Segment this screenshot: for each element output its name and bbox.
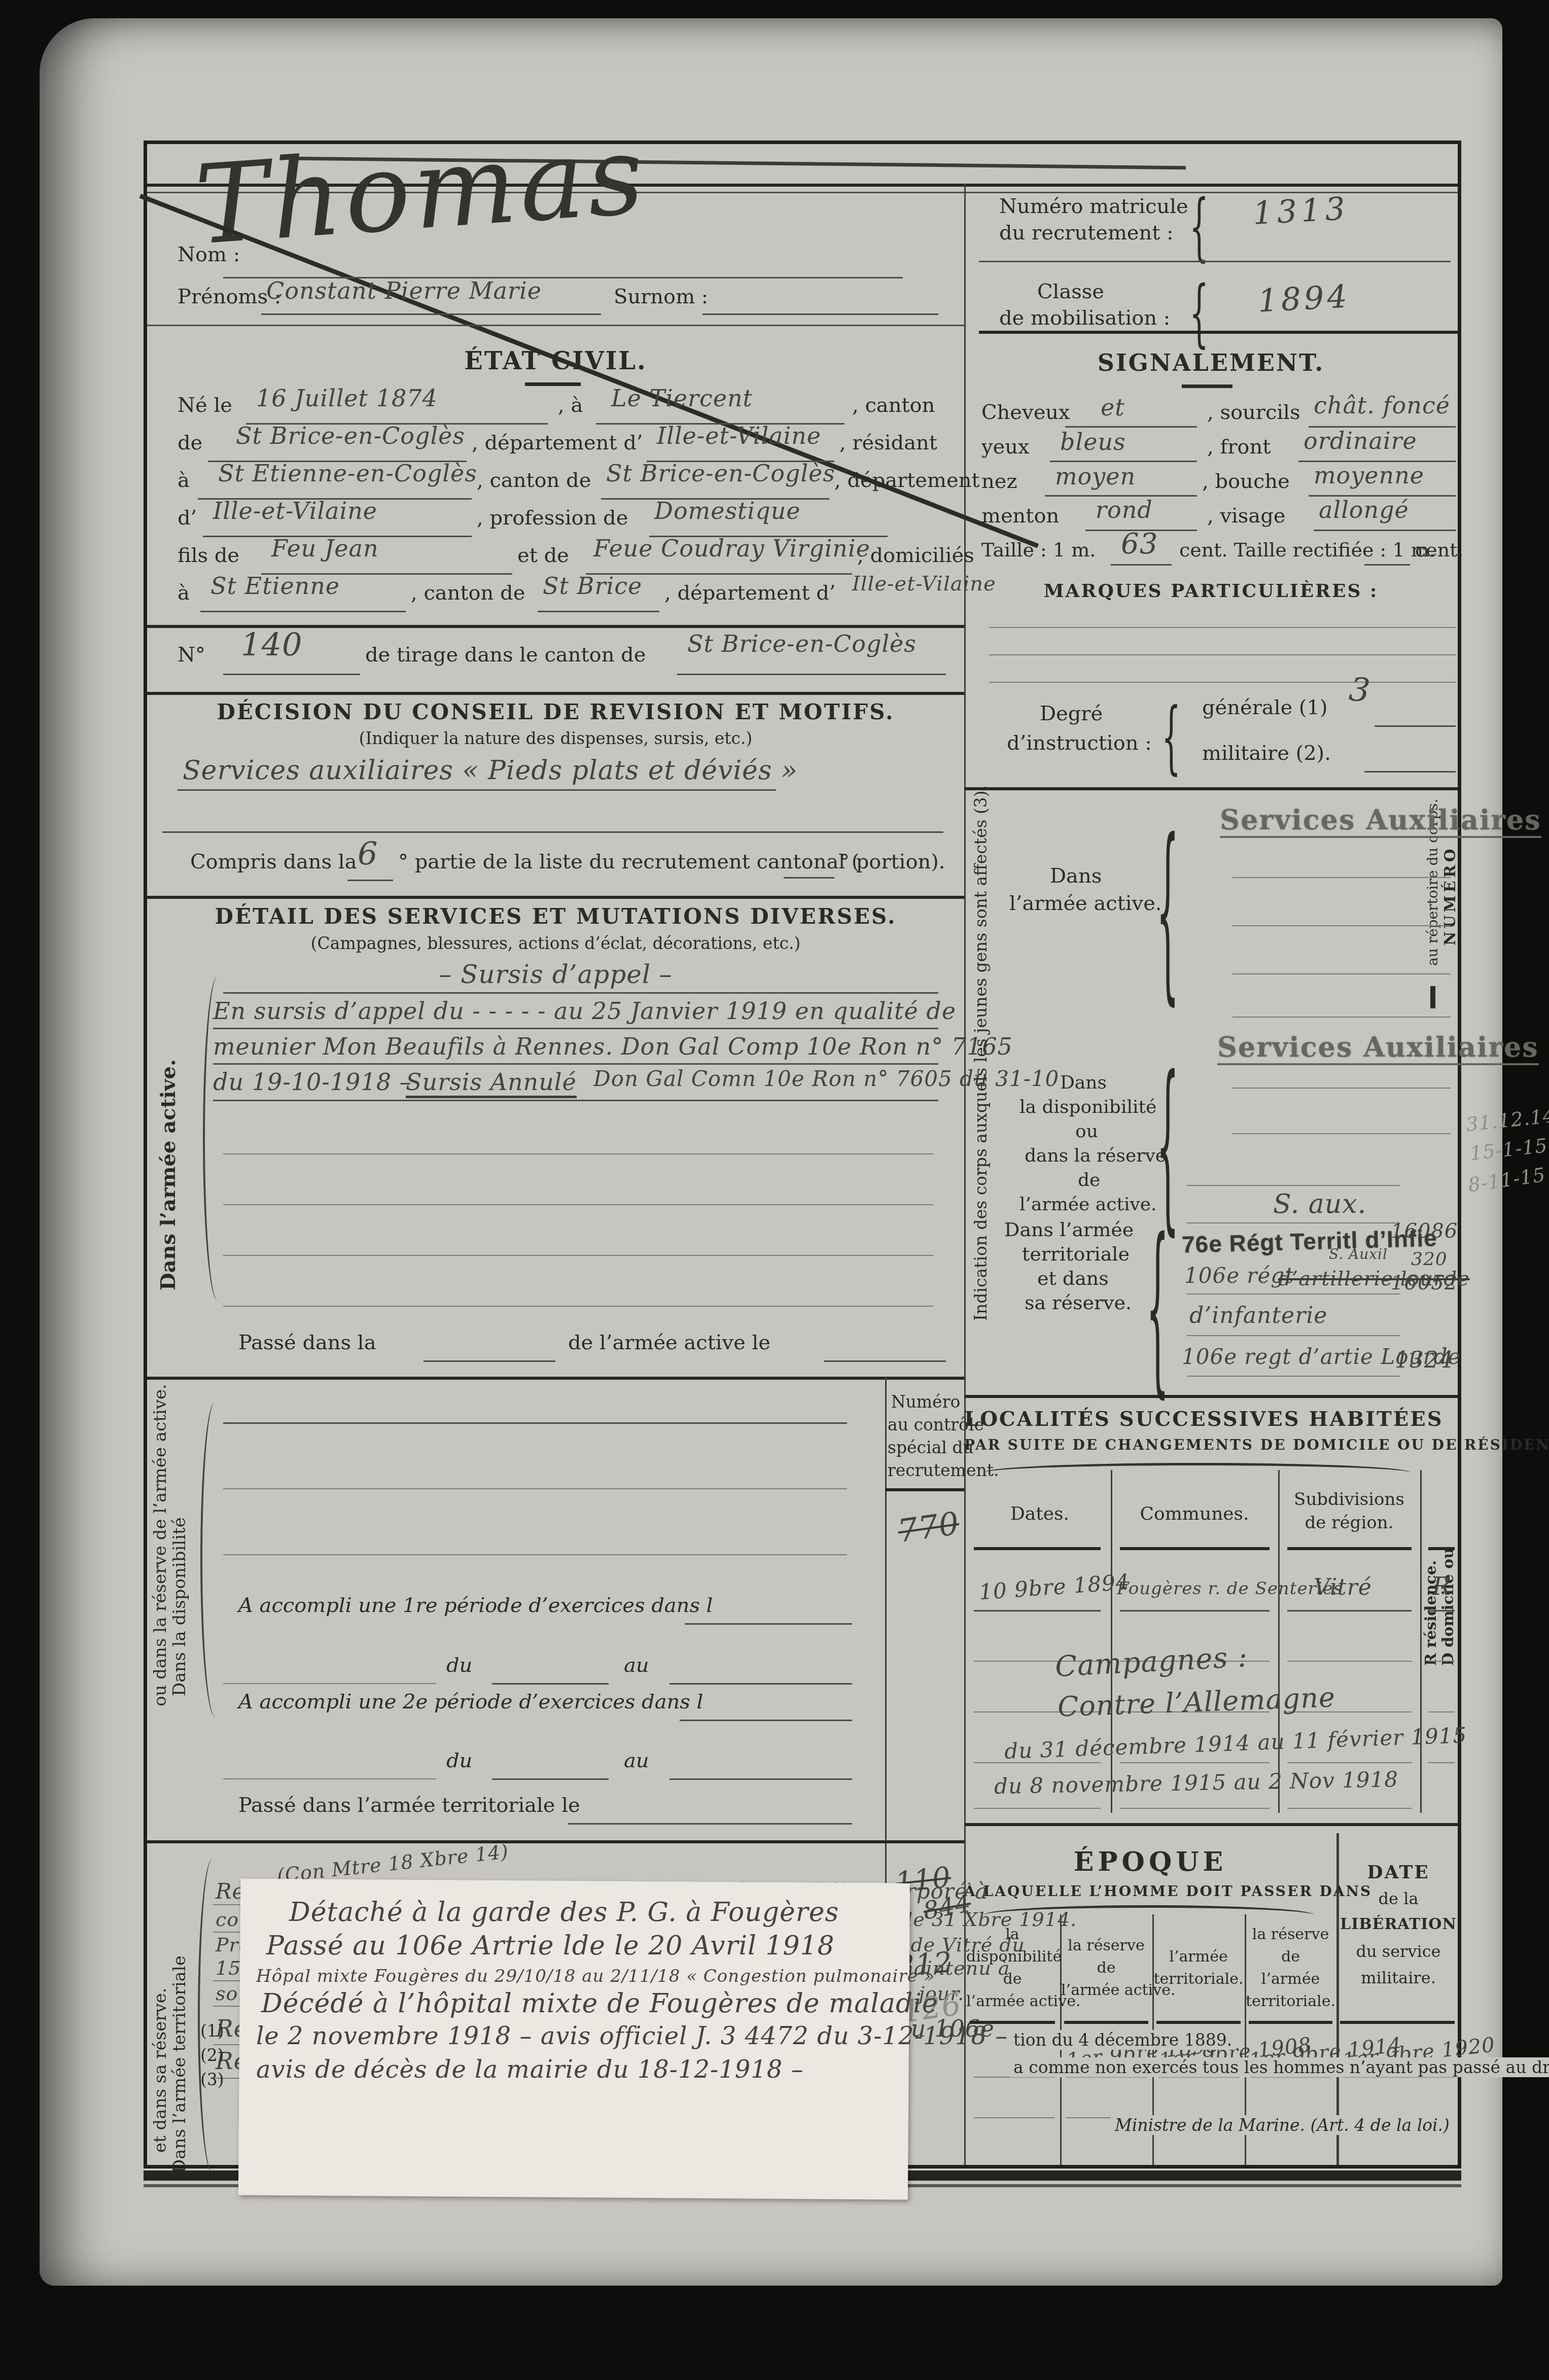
sursis-line-1: En sursis d’appel du - - - - - au 25 Jan… [213,997,956,1025]
menton-label: menton [981,504,1059,528]
epoque-title: ÉPOQUE [964,1846,1336,1877]
taille-value: 63 [1121,528,1158,561]
degre-militaire-line [1364,771,1456,773]
bouche-value: moyenne [1314,462,1424,489]
loc-col-subdiv-2: de région. [1286,1513,1413,1533]
dispo-blank-2 [223,1488,847,1489]
ec-l6-line-a [200,611,406,612]
classe-label-1: Classe [1037,280,1104,303]
ctrl-value-struck: 770 [896,1504,962,1550]
corps-active-label-1: Dans [1050,864,1102,888]
loc-r1-line-4 [1428,1610,1455,1612]
note-line-1: Détaché à la garde des P. G. à Fougères [289,1897,839,1928]
tirage-no-label: N° [178,643,205,667]
sourcils-label: , sourcils [1207,401,1300,424]
footnote-text-2: a comme non exercés tous les hommes n’ay… [1009,2057,1549,2077]
yeux-value: bleus [1060,428,1126,456]
corps-106-regt: 106e régt [1184,1263,1294,1288]
corps-saux-small: S. Auxil [1329,1246,1388,1263]
name-signature: Thomas [191,111,650,269]
corps-num-1324: 1324 [1395,1347,1454,1373]
ec-l3e: , département [834,469,979,492]
note-line-6: avis de décès de la mairie du 18-12-1918… [256,2055,804,2084]
front-label: , front [1207,435,1271,459]
ec-l3d: St Brice-en-Coglès [606,460,835,487]
ep-c2-l0: la réserve [1061,1937,1151,1954]
corps-terr-label-2: territoriale [1022,1243,1130,1265]
corps-num-16052: 16052 [1391,1271,1458,1294]
ep-c4-l2: l’armée [1246,1970,1335,1988]
menton-value: rond [1096,496,1153,523]
ctrl-label-4: recrutement. [888,1460,964,1480]
nez-value: moyen [1055,463,1136,490]
campagnes-line-2: du 31 décembre 1914 au 11 février 1915 [1004,1723,1467,1764]
ep-c1-l1: disponibilité [966,1948,1059,1966]
visage-line [1314,530,1456,531]
prenoms-value: Constant Pierre Marie [266,277,542,304]
marques-blank-2 [989,654,1456,655]
tirage-bottom-rule [147,692,964,695]
corps-saux-value: S. aux. [1273,1189,1366,1219]
passe-active-blank-a [424,1360,555,1362]
loc-col-dates: Dates. [979,1503,1101,1524]
corps-dispo-label-6: l’armée active. [1019,1194,1157,1215]
loc-divider-3 [1420,1470,1422,1813]
dispo-blank-1 [223,1422,847,1424]
periode1-blank [685,1623,852,1625]
periode2-au-blank [670,1778,852,1780]
loc-r5-line-2 [1120,1808,1270,1809]
ec-l3b: St Etienne-en-Coglès [218,460,477,487]
ec-l6c: , canton de [411,581,525,605]
det-blank-3 [223,1255,933,1256]
surnom-label: Surnom : [614,285,708,308]
degre-generale-label: générale (1) [1202,696,1328,719]
ep-c1-l3: l’armée active. [966,1992,1059,2010]
corps-terr-label-3: et dans [1037,1267,1109,1289]
localites-brace [984,1463,1410,1473]
passe-terr-label: Passé dans l’armée territoriale le [238,1794,580,1817]
passe-active-label-b: de l’armée active le [568,1331,770,1354]
prenoms-label: Prénoms : [178,285,281,308]
decision-value: Services auxiliaires « Pieds plats et dé… [183,755,798,786]
corps-dispo-label-5: de [1078,1170,1100,1191]
tirage-value: 140 [241,626,302,663]
periode2-left-line [223,1778,436,1779]
marques-blank-3 [989,682,1456,683]
visage-label: , visage [1207,504,1285,528]
cheveux-line [1065,426,1197,428]
ec-l2a: de [178,431,202,454]
loc-r4-line-3 [1287,1762,1412,1763]
footnote-marker-1: (1) [200,2021,224,2041]
corps-terr-label-4: sa réserve. [1025,1291,1132,1314]
cheveux-label: Cheveux [981,401,1070,424]
degre-bottom-rule [964,787,1458,790]
periode1-du-blank [492,1683,609,1685]
signalement-title: SIGNALEMENT. [964,349,1458,376]
ctrl-label-1: Numéro [888,1392,964,1412]
note-line-3: Hôpal mixte Fougères du 29/10/18 au 2/11… [256,1966,935,1986]
ep-c2-l2: l’armée active. [1061,1981,1151,1999]
marques-title: MARQUES PARTICULIÈRES : [964,580,1458,602]
tirage-label: de tirage dans le canton de [365,643,646,667]
footnote-text-3: Ministre de la Marine. (Art. 4 de la loi… [1111,2115,1454,2135]
ec-l4a: d’ [178,506,197,530]
loc-r3-line-4 [1428,1711,1455,1712]
sourcils-value: chât. foncé [1314,392,1450,419]
prenoms-line [261,313,601,315]
ec-l2d: Ille-et-Vilaine [657,422,821,449]
corps-t-line-3 [1187,1335,1400,1336]
degre-generale-line [1375,725,1456,727]
campagnes-line-1: Contre l’Allemagne [1057,1681,1336,1723]
corps-t-line-4 [1187,1376,1400,1377]
detail-subtitle: (Campagnes, blessures, actions d’éclat, … [147,933,964,953]
signalement-title-mark [1182,384,1233,388]
loc-hdr-rule-3 [1287,1547,1412,1550]
margin-pencil-date-3: 8-11-15 [1467,1164,1547,1197]
bouche-label: , bouche [1202,470,1290,493]
corps-t-line-1 [1187,1222,1400,1223]
ep-date-l3: du service [1339,1942,1458,1961]
epoque-subtitle: À LAQUELLE L’HOMME DOIT PASSER DANS [964,1883,1336,1900]
cheveux-value: et [1101,394,1125,421]
detail-bottom-rule [147,1377,964,1380]
decision-line-2 [162,831,943,833]
services-auxiliaires-stamp-2: Services Auxiliaires [1217,1031,1539,1065]
ep-c3-l1: territoriale. [1153,1970,1244,1988]
corps-infanterie: d’infanterie [1189,1303,1327,1328]
corps-dispo-label-2: la disponibilité [1019,1097,1156,1117]
compris-label-c: ° portion). [839,850,945,873]
ec-l1c: , à [558,394,583,417]
det-line-2 [213,1063,938,1065]
corps-num-320: 320 [1411,1249,1448,1270]
compris-label-a: Compris dans la [190,850,357,873]
ctrl-label-2: au contrôle [888,1415,964,1434]
loc-r1-line-3 [1287,1610,1412,1612]
matricule-card: Thomas Nom : Prénoms : Constant Pierre M… [144,141,1461,2168]
det-blank-2 [223,1204,933,1205]
ec-l5e: , domiciliés [857,544,974,567]
loc-row1-date: 10 9bre 1894 [978,1569,1131,1605]
matricule-label-2: du recrutement : [999,221,1174,244]
corps-a-line-3 [1233,973,1451,974]
degre-brace: { [1161,692,1181,784]
margin-label-terr-1: Dans l’armée territoriale [169,1869,190,2173]
ec-l5a: fils de [178,544,239,567]
dispo-brace-arc [200,1402,230,1717]
ctrl-rule [885,1488,964,1491]
periode1-au-blank [670,1683,852,1685]
detail-title: DÉTAIL DES SERVICES ET MUTATIONS DIVERSE… [147,904,964,929]
corps-d-line-1 [1233,1088,1451,1089]
loc-divider-2 [1278,1470,1280,1813]
indication-corps-label: Indication des corps auxquels les jeunes… [971,798,991,1321]
margin-label-armee-active: Dans l’armée active. [156,976,180,1290]
ec-l4c: , profession de [477,506,628,530]
ep-date-l0: DATE [1339,1862,1458,1883]
etat-civil-title-mark [525,382,581,386]
loc-hdr-rule-2 [1120,1547,1270,1550]
ec-l5b: Feu Jean [271,535,379,562]
corps-bottom-rule [964,1395,1458,1398]
margin-label-dispo-2: ou dans la réserve de l’armée active. [150,1382,170,1706]
scanned-register-page: { "doc": { "nom_label": "Nom :", "nom": … [0,0,1549,2380]
periode2-du: du [446,1749,472,1772]
ep-c3-l0: l’armée [1153,1948,1244,1966]
loc-r4-line-2 [1120,1762,1270,1763]
ec-l1e: , canton [852,394,935,417]
ep-b2-1 [974,2117,1055,2118]
classe-value: 1894 [1257,277,1351,319]
sursis-heading: – Sursis d’appel – [147,960,964,989]
compris-value: 6 [358,835,378,872]
footnote-marker-2: (2) [200,2045,224,2065]
degre-label-2: d’instruction : [1007,731,1152,755]
det-blank-1 [223,1153,933,1154]
det-blank-4 [223,1306,933,1307]
periode1-du: du [446,1654,472,1677]
corps-a-line-1 [1233,877,1451,878]
taille-label-b: cent. Taille rectifiée : 1 m. [1179,539,1435,561]
corps-dispo-label-4: dans la réserve [1025,1145,1166,1166]
loc-r5-line-1 [974,1808,1101,1809]
periode2-au: au [624,1749,649,1772]
nom-label: Nom : [178,243,240,266]
loc-hdr-rule-4 [1428,1547,1455,1550]
tirage-line-a [223,674,360,675]
etat-civil-title: ÉTAT CIVIL. [147,347,964,375]
loc-col-subdiv-1: Subdivisions [1286,1489,1413,1510]
loc-row1-dr: R [1432,1572,1451,1601]
localites-title: LOCALITÉS SUCCESSIVES HABITÉES [964,1407,1421,1431]
classe-label-2: de mobilisation : [999,306,1170,330]
ep-c1-l0: la [966,1926,1059,1943]
taille-label-a: Taille : 1 m. [981,539,1096,561]
ec-l6d: St Brice [543,572,642,600]
ep-rule-1 [970,2021,1055,2024]
numero-column-mark [1430,986,1435,1008]
yeux-label: yeux [981,435,1030,459]
loc-r2-line-4 [1428,1661,1455,1662]
loc-r5-line-3 [1287,1808,1412,1809]
passe-terr-blank [568,1823,852,1825]
classe-rule [979,331,1458,334]
dispo-blank-3 [223,1554,847,1555]
ep-c4-l3: territoriale. [1246,1992,1335,2010]
ec-l4b: Ille-et-Vilaine [213,497,377,524]
sursis-line-3a: du 19-10-1918 – [213,1068,412,1096]
decision-bottom-rule [147,896,964,899]
compris-label-b: ° partie de la liste du recrutement cant… [398,850,859,873]
matricule-brace: { [1189,185,1209,270]
loc-row1-commune: Fougères r. de Senteries [1117,1579,1343,1599]
ec-l6b: St Etienne [210,572,340,600]
nez-label: nez [981,470,1017,493]
note-line-5: le 2 novembre 1918 – avis officiel J. 3 … [256,2022,1008,2050]
taille-label-c: cent. [1415,539,1464,561]
ep-date-l1: de la [1339,1889,1458,1908]
footnote-marker-3: (3) [200,2070,224,2089]
matricule-value: 1313 [1252,190,1350,232]
corps-active-label-2: l’armée active. [1009,892,1162,915]
corps-a-line-4 [1233,1017,1451,1018]
dispo-bottom-rule [147,1840,964,1843]
margin-label-dispo-1: Dans la disponibilité [169,1392,190,1696]
corps-num-16086: 16086 [1391,1219,1458,1243]
loc-col-communes: Communes. [1121,1503,1268,1524]
ec-l3c: , canton de [477,469,591,492]
corps-d-line-2 [1233,1133,1451,1134]
corps-t-line-2 [1187,1293,1400,1294]
loc-r2-line-3 [1287,1661,1412,1662]
campagnes-title: Campagnes : [1054,1640,1249,1684]
taille-line [1111,564,1172,566]
terr-corps-brace: { [1146,1199,1169,1415]
ec-l2e: , résidant [839,431,937,454]
classe-brace: { [1189,271,1209,356]
periode2-label: A accompli une 2e période d’exercices da… [238,1690,703,1713]
matricule-label-1: Numéro matricule [999,195,1188,218]
ec-l4d: Domestique [654,497,801,524]
ep-c1-l2: de [966,1970,1059,1988]
ec-l1b: 16 Juillet 1874 [256,384,438,412]
det-line-3 [213,1100,938,1101]
margin-label-terr-2: et dans sa réserve. [150,1889,170,2153]
periode1-left-line [223,1683,436,1684]
ep-rule-3 [1156,2021,1241,2024]
epoque-brace [984,1905,1314,1915]
front-value: ordinaire [1304,427,1417,454]
corps-a-line-2 [1233,925,1451,926]
ec-l1a: Né le [178,394,232,417]
periode2-du-blank [492,1778,609,1780]
corps-dispo-label-1: Dans [1060,1072,1107,1093]
ec-l6e: , département d’ [664,581,836,605]
corps-terr-label-1: Dans l’armée [1004,1218,1134,1241]
ctrl-label-3: spécial du [888,1438,964,1457]
loc-row1-subdiv: Vitré [1314,1574,1372,1600]
marques-blank-1 [989,627,1456,628]
sursis-line-2: meunier Mon Beaufils à Rennes. Don Gal C… [213,1033,1013,1060]
loc-side-label-1: D domicile ou [1439,1473,1457,1666]
periode2-blank [680,1720,852,1721]
ec-l2c: , département d’ [472,431,643,454]
ec-l6-line-b [538,611,659,612]
note-line-2: Passé au 106e Artrie lde le 20 Avril 191… [266,1931,835,1961]
ep-c4-l0: la réserve [1246,1926,1335,1943]
ec-l5c: et de [517,544,569,567]
localites-subtitle: PAR SUITE DE CHANGEMENTS DE DOMICILE OU … [964,1437,1421,1453]
ep-date-l2: LIBÉRATION [1339,1915,1458,1933]
services-auxiliaires-stamp-1: Services Auxiliaires [1220,803,1541,838]
loc-r1-line-1 [974,1610,1101,1612]
ep-rule-5 [1340,2021,1455,2024]
note-line-4: Décédé à l’hôpital mixte de Fougères de … [261,1988,938,2019]
decision-title: DÉCISION DU CONSEIL DE REVISION ET MOTIF… [147,699,964,724]
ec-l3a: à [178,469,190,492]
ec-l1d: Le Tiercent [611,384,753,412]
detail-brace-arc [203,976,232,1301]
ec-l5d: Feue Coudray Virginie [593,535,870,562]
sursis-line-3b-annule: Sursis Annulé [406,1068,577,1098]
passe-active-blank-b [824,1360,946,1362]
decision-line-1 [178,789,776,791]
ep-c2-l1: de [1061,1959,1151,1977]
compris-line [347,880,393,881]
campagnes-line-3: du 8 novembre 1915 au 2 Nov 1918 [994,1767,1399,1799]
book-page: 31.12.14 15-1-15 8-11-15 Thomas Nom : Pr… [40,18,1502,2286]
matricule-rule [979,261,1451,262]
taille-rect-line [1364,564,1410,566]
footnote-text-1: tion du 4 décembre 1889. [1009,2030,1236,2050]
loc-r4-line-4 [1428,1762,1455,1763]
name-block-bottom-rule [147,325,964,326]
ep-date-l4: militaire. [1339,1968,1458,1987]
margin-pencil-date-1: 31.12.14 [1465,1104,1549,1136]
degre-militaire-label: militaire (2). [1202,742,1331,765]
tirage-line-b [677,674,946,675]
loc-r1-line-2 [1120,1610,1270,1612]
tirage-canton: St Brice-en-Coglès [687,630,917,657]
loc-side-label-2: R résidence. [1422,1473,1440,1666]
surnom-line [702,313,938,315]
ec-l2b: St Brice-en-Coglès [236,422,465,449]
ep-c4-l1: de [1246,1948,1335,1966]
periode1-label: A accompli une 1re période d’exercices d… [238,1594,713,1617]
det-line-1 [213,1028,938,1029]
corps-t-line-0 [1187,1185,1400,1186]
periode1-au: au [624,1654,649,1677]
degre-generale-value: 3 [1347,671,1372,710]
ep-rule-4 [1249,2021,1332,2024]
ep-rule-2 [1064,2021,1148,2024]
localites-bottom-rule [964,1823,1458,1826]
loc-divider-1 [1111,1470,1112,1813]
loc-hdr-rule-1 [974,1547,1101,1550]
compris-blank [784,877,834,879]
degre-label-1: Degré [1040,702,1103,725]
visage-value: allongé [1319,496,1409,523]
corps-dispo-label-3: ou [1075,1121,1098,1142]
passe-active-label-a: Passé dans la [238,1331,376,1354]
margin-pencil-date-2: 15-1-15 [1469,1134,1548,1165]
ec-l6a: à [178,581,190,605]
yeux-line [1050,461,1197,462]
decision-subtitle: (Indiquer la nature des dispenses, sursi… [147,728,964,748]
det-line-0 [223,992,938,994]
